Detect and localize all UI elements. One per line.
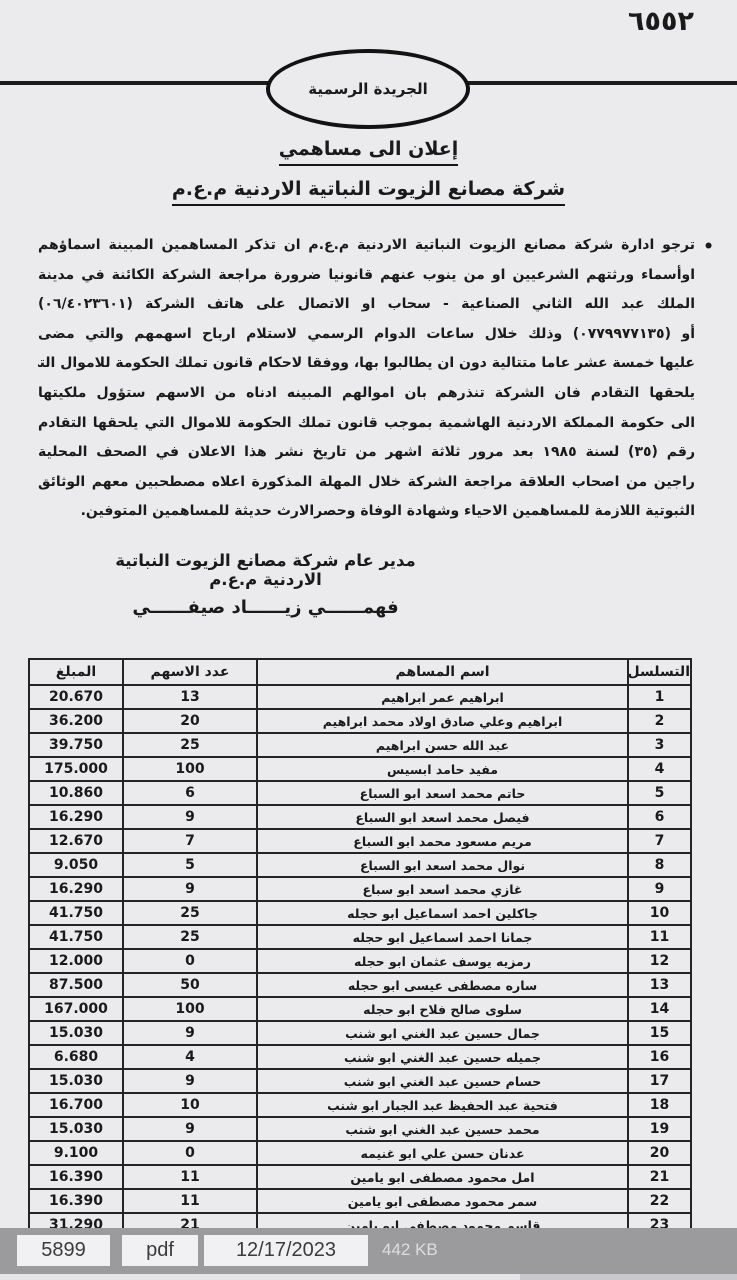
- header-shares: عدد الاسهم: [123, 659, 257, 685]
- table-row: 2ابراهيم وعلي صادق اولاد محمد ابراهيم203…: [29, 709, 691, 733]
- document-viewer: ٦٥٥٢ الجريدة الرسمية إعلان الى مساهمي شر…: [0, 0, 737, 1280]
- file-date-chip[interactable]: 12/17/2023: [204, 1235, 368, 1266]
- cell-shares: 10: [123, 1093, 257, 1117]
- announcement-title: إعلان الى مساهمي: [279, 138, 459, 166]
- paragraph-line: الى حكومة المملكة الاردنية الهاشمية بموج…: [38, 409, 695, 439]
- cell-name: عبد الله حسن ابراهيم: [257, 733, 628, 757]
- cell-shares: 6: [123, 781, 257, 805]
- cell-shares: 11: [123, 1165, 257, 1189]
- table-row: 5حاتم محمد اسعد ابو السباع610.860: [29, 781, 691, 805]
- cell-serial: 19: [628, 1117, 691, 1141]
- signature-block: مدير عام شركة مصانع الزيوت النباتية الار…: [97, 551, 434, 618]
- cell-serial: 10: [628, 901, 691, 925]
- table-row: 8نوال محمد اسعد ابو السباع59.050: [29, 853, 691, 877]
- cell-serial: 1: [628, 685, 691, 709]
- paragraph-line: الملك عبد الله الثاني الصناعية - سحاب او…: [38, 290, 695, 320]
- cell-shares: 9: [123, 1117, 257, 1141]
- cell-serial: 4: [628, 757, 691, 781]
- cell-serial: 8: [628, 853, 691, 877]
- table-row: 7مريم مسعود محمد ابو السباع712.670: [29, 829, 691, 853]
- cell-name: مفيد حامد ابسيس: [257, 757, 628, 781]
- table-row: 20عدنان حسن علي ابو غنيمه09.100: [29, 1141, 691, 1165]
- cell-name: نوال محمد اسعد ابو السباع: [257, 853, 628, 877]
- cell-amount: 15.030: [29, 1117, 123, 1141]
- paragraph-line: عليها خمسة عشر عاما متتالية دون ان يطالب…: [38, 349, 695, 379]
- paragraph-line: يلحقها التقادم فان الشركة تنذرهم بان امو…: [38, 379, 695, 409]
- cell-serial: 14: [628, 997, 691, 1021]
- cell-name: سمر محمود مصطفى ابو يامين: [257, 1189, 628, 1213]
- paragraph-line: الثبوتية اللازمة للمساهمين الاحياء وشهاد…: [38, 497, 695, 527]
- cell-amount: 41.750: [29, 901, 123, 925]
- cell-serial: 5: [628, 781, 691, 805]
- paragraph-line: ترجو ادارة شركة مصانع الزيوت النباتية ال…: [38, 231, 695, 261]
- table-row: 3عبد الله حسن ابراهيم2539.750: [29, 733, 691, 757]
- cell-name: فيصل محمد اسعد ابو السباع: [257, 805, 628, 829]
- cell-amount: 12.000: [29, 949, 123, 973]
- bottom-strip-right: [520, 1274, 737, 1280]
- cell-name: جاكلين احمد اسماعيل ابو حجله: [257, 901, 628, 925]
- file-size-label: 442 KB: [382, 1240, 438, 1260]
- shareholders-table: التسلسل اسم المساهم عدد الاسهم المبلغ 1ا…: [28, 658, 692, 1238]
- cell-name: ساره مصطفى عيسى ابو حجله: [257, 973, 628, 997]
- cell-shares: 100: [123, 757, 257, 781]
- table-row: 11جمانا احمد اسماعيل ابو حجله2541.750: [29, 925, 691, 949]
- cell-serial: 12: [628, 949, 691, 973]
- header-name: اسم المساهم: [257, 659, 628, 685]
- bottom-strip-left: [0, 1274, 520, 1280]
- cell-amount: 16.390: [29, 1165, 123, 1189]
- shareholders-table-wrap: التسلسل اسم المساهم عدد الاسهم المبلغ 1ا…: [30, 658, 692, 1238]
- table-row: 15جمال حسين عبد الغني ابو شنب915.030: [29, 1021, 691, 1045]
- cell-shares: 50: [123, 973, 257, 997]
- table-row: 19محمد حسين عبد الغني ابو شنب915.030: [29, 1117, 691, 1141]
- cell-amount: 16.390: [29, 1189, 123, 1213]
- cell-amount: 10.860: [29, 781, 123, 805]
- cell-shares: 20: [123, 709, 257, 733]
- cell-shares: 25: [123, 901, 257, 925]
- cell-serial: 21: [628, 1165, 691, 1189]
- signature-name: فهمــــــي زيــــــاد صيفــــــي: [97, 597, 434, 618]
- cell-shares: 11: [123, 1189, 257, 1213]
- cell-shares: 9: [123, 1021, 257, 1045]
- cell-shares: 4: [123, 1045, 257, 1069]
- paragraph-bullet: •: [703, 237, 714, 257]
- cell-name: رمزيه يوسف عثمان ابو حجله: [257, 949, 628, 973]
- gazette-page-number: ٦٥٥٢: [606, 6, 716, 37]
- cell-serial: 2: [628, 709, 691, 733]
- official-gazette-seal: الجريدة الرسمية: [266, 49, 470, 129]
- cell-name: غازي محمد اسعد ابو سباع: [257, 877, 628, 901]
- paragraph-line: أو (٠٧٧٩٩٧٧١٣٥) وذلك خلال ساعات الدوام ا…: [38, 320, 695, 350]
- cell-shares: 9: [123, 877, 257, 901]
- header-amount: المبلغ: [29, 659, 123, 685]
- table-row: 14سلوى صالح فلاح ابو حجله100167.000: [29, 997, 691, 1021]
- cell-shares: 100: [123, 997, 257, 1021]
- cell-amount: 41.750: [29, 925, 123, 949]
- company-title: شركة مصانع الزيوت النباتية الاردنية م.ع.…: [172, 178, 565, 206]
- cell-name: عدنان حسن علي ابو غنيمه: [257, 1141, 628, 1165]
- cell-shares: 0: [123, 1141, 257, 1165]
- cell-amount: 36.200: [29, 709, 123, 733]
- cell-amount: 167.000: [29, 997, 123, 1021]
- cell-name: ابراهيم وعلي صادق اولاد محمد ابراهيم: [257, 709, 628, 733]
- table-row: 12رمزيه يوسف عثمان ابو حجله012.000: [29, 949, 691, 973]
- table-row: 10جاكلين احمد اسماعيل ابو حجله2541.750: [29, 901, 691, 925]
- signature-title: مدير عام شركة مصانع الزيوت النباتية الار…: [97, 551, 434, 589]
- cell-name: محمد حسين عبد الغني ابو شنب: [257, 1117, 628, 1141]
- cell-amount: 175.000: [29, 757, 123, 781]
- table-header-row: التسلسل اسم المساهم عدد الاسهم المبلغ: [29, 659, 691, 685]
- cell-name: جمانا احمد اسماعيل ابو حجله: [257, 925, 628, 949]
- cell-shares: 13: [123, 685, 257, 709]
- cell-name: جميله حسين عبد الغني ابو شنب: [257, 1045, 628, 1069]
- cell-amount: 16.290: [29, 877, 123, 901]
- doc-id-chip[interactable]: 5899: [17, 1235, 110, 1266]
- cell-serial: 16: [628, 1045, 691, 1069]
- cell-amount: 20.670: [29, 685, 123, 709]
- announcement-paragraph: ترجو ادارة شركة مصانع الزيوت النباتية ال…: [38, 231, 695, 527]
- cell-shares: 25: [123, 733, 257, 757]
- company-title-row: شركة مصانع الزيوت النباتية الاردنية م.ع.…: [0, 178, 737, 206]
- cell-serial: 6: [628, 805, 691, 829]
- cell-name: امل محمود مصطفى ابو يامين: [257, 1165, 628, 1189]
- cell-serial: 22: [628, 1189, 691, 1213]
- cell-amount: 9.100: [29, 1141, 123, 1165]
- cell-serial: 20: [628, 1141, 691, 1165]
- paragraph-line: راجين من اصحاب العلاقة مراجعة الشركة خلا…: [38, 468, 695, 498]
- table-row: 18فتحية عبد الحفيظ عبد الجبار ابو شنب101…: [29, 1093, 691, 1117]
- cell-serial: 7: [628, 829, 691, 853]
- cell-amount: 15.030: [29, 1069, 123, 1093]
- cell-shares: 0: [123, 949, 257, 973]
- cell-amount: 16.700: [29, 1093, 123, 1117]
- table-row: 16جميله حسين عبد الغني ابو شنب46.680: [29, 1045, 691, 1069]
- cell-serial: 13: [628, 973, 691, 997]
- cell-serial: 15: [628, 1021, 691, 1045]
- cell-serial: 17: [628, 1069, 691, 1093]
- file-status-bar: 5899 pdf 12/17/2023 442 KB: [0, 1228, 737, 1274]
- cell-shares: 9: [123, 1069, 257, 1093]
- table-row: 22سمر محمود مصطفى ابو يامين1116.390: [29, 1189, 691, 1213]
- table-row: 1ابراهيم عمر ابراهيم1320.670: [29, 685, 691, 709]
- cell-name: مريم مسعود محمد ابو السباع: [257, 829, 628, 853]
- cell-amount: 12.670: [29, 829, 123, 853]
- cell-amount: 16.290: [29, 805, 123, 829]
- cell-serial: 3: [628, 733, 691, 757]
- cell-name: جمال حسين عبد الغني ابو شنب: [257, 1021, 628, 1045]
- cell-serial: 9: [628, 877, 691, 901]
- cell-amount: 15.030: [29, 1021, 123, 1045]
- table-row: 4مفيد حامد ابسيس100175.000: [29, 757, 691, 781]
- header-serial: التسلسل: [628, 659, 691, 685]
- cell-amount: 9.050: [29, 853, 123, 877]
- cell-shares: 9: [123, 805, 257, 829]
- shareholders-table-body: 1ابراهيم عمر ابراهيم1320.6702ابراهيم وعل…: [29, 685, 691, 1237]
- cell-name: حسام حسين عبد الغني ابو شنب: [257, 1069, 628, 1093]
- cell-amount: 39.750: [29, 733, 123, 757]
- paragraph-line: اوأسماء ورثتهم الشرعيين او من ينوب عنهم …: [38, 261, 695, 291]
- table-row: 21امل محمود مصطفى ابو يامين1116.390: [29, 1165, 691, 1189]
- official-gazette-label: الجريدة الرسمية: [308, 80, 427, 98]
- table-row: 17حسام حسين عبد الغني ابو شنب915.030: [29, 1069, 691, 1093]
- file-type-chip[interactable]: pdf: [122, 1235, 198, 1266]
- announcement-title-row: إعلان الى مساهمي: [0, 138, 737, 166]
- table-row: 9غازي محمد اسعد ابو سباع916.290: [29, 877, 691, 901]
- cell-name: سلوى صالح فلاح ابو حجله: [257, 997, 628, 1021]
- cell-amount: 87.500: [29, 973, 123, 997]
- paragraph-line: رقم (٣٥) لسنة ١٩٨٥ بعد مرور ثلاثة اشهر م…: [38, 438, 695, 468]
- cell-name: حاتم محمد اسعد ابو السباع: [257, 781, 628, 805]
- cell-serial: 18: [628, 1093, 691, 1117]
- cell-shares: 5: [123, 853, 257, 877]
- cell-serial: 11: [628, 925, 691, 949]
- table-row: 13ساره مصطفى عيسى ابو حجله5087.500: [29, 973, 691, 997]
- cell-shares: 25: [123, 925, 257, 949]
- cell-amount: 6.680: [29, 1045, 123, 1069]
- cell-shares: 7: [123, 829, 257, 853]
- cell-name: فتحية عبد الحفيظ عبد الجبار ابو شنب: [257, 1093, 628, 1117]
- table-row: 6فيصل محمد اسعد ابو السباع916.290: [29, 805, 691, 829]
- cell-name: ابراهيم عمر ابراهيم: [257, 685, 628, 709]
